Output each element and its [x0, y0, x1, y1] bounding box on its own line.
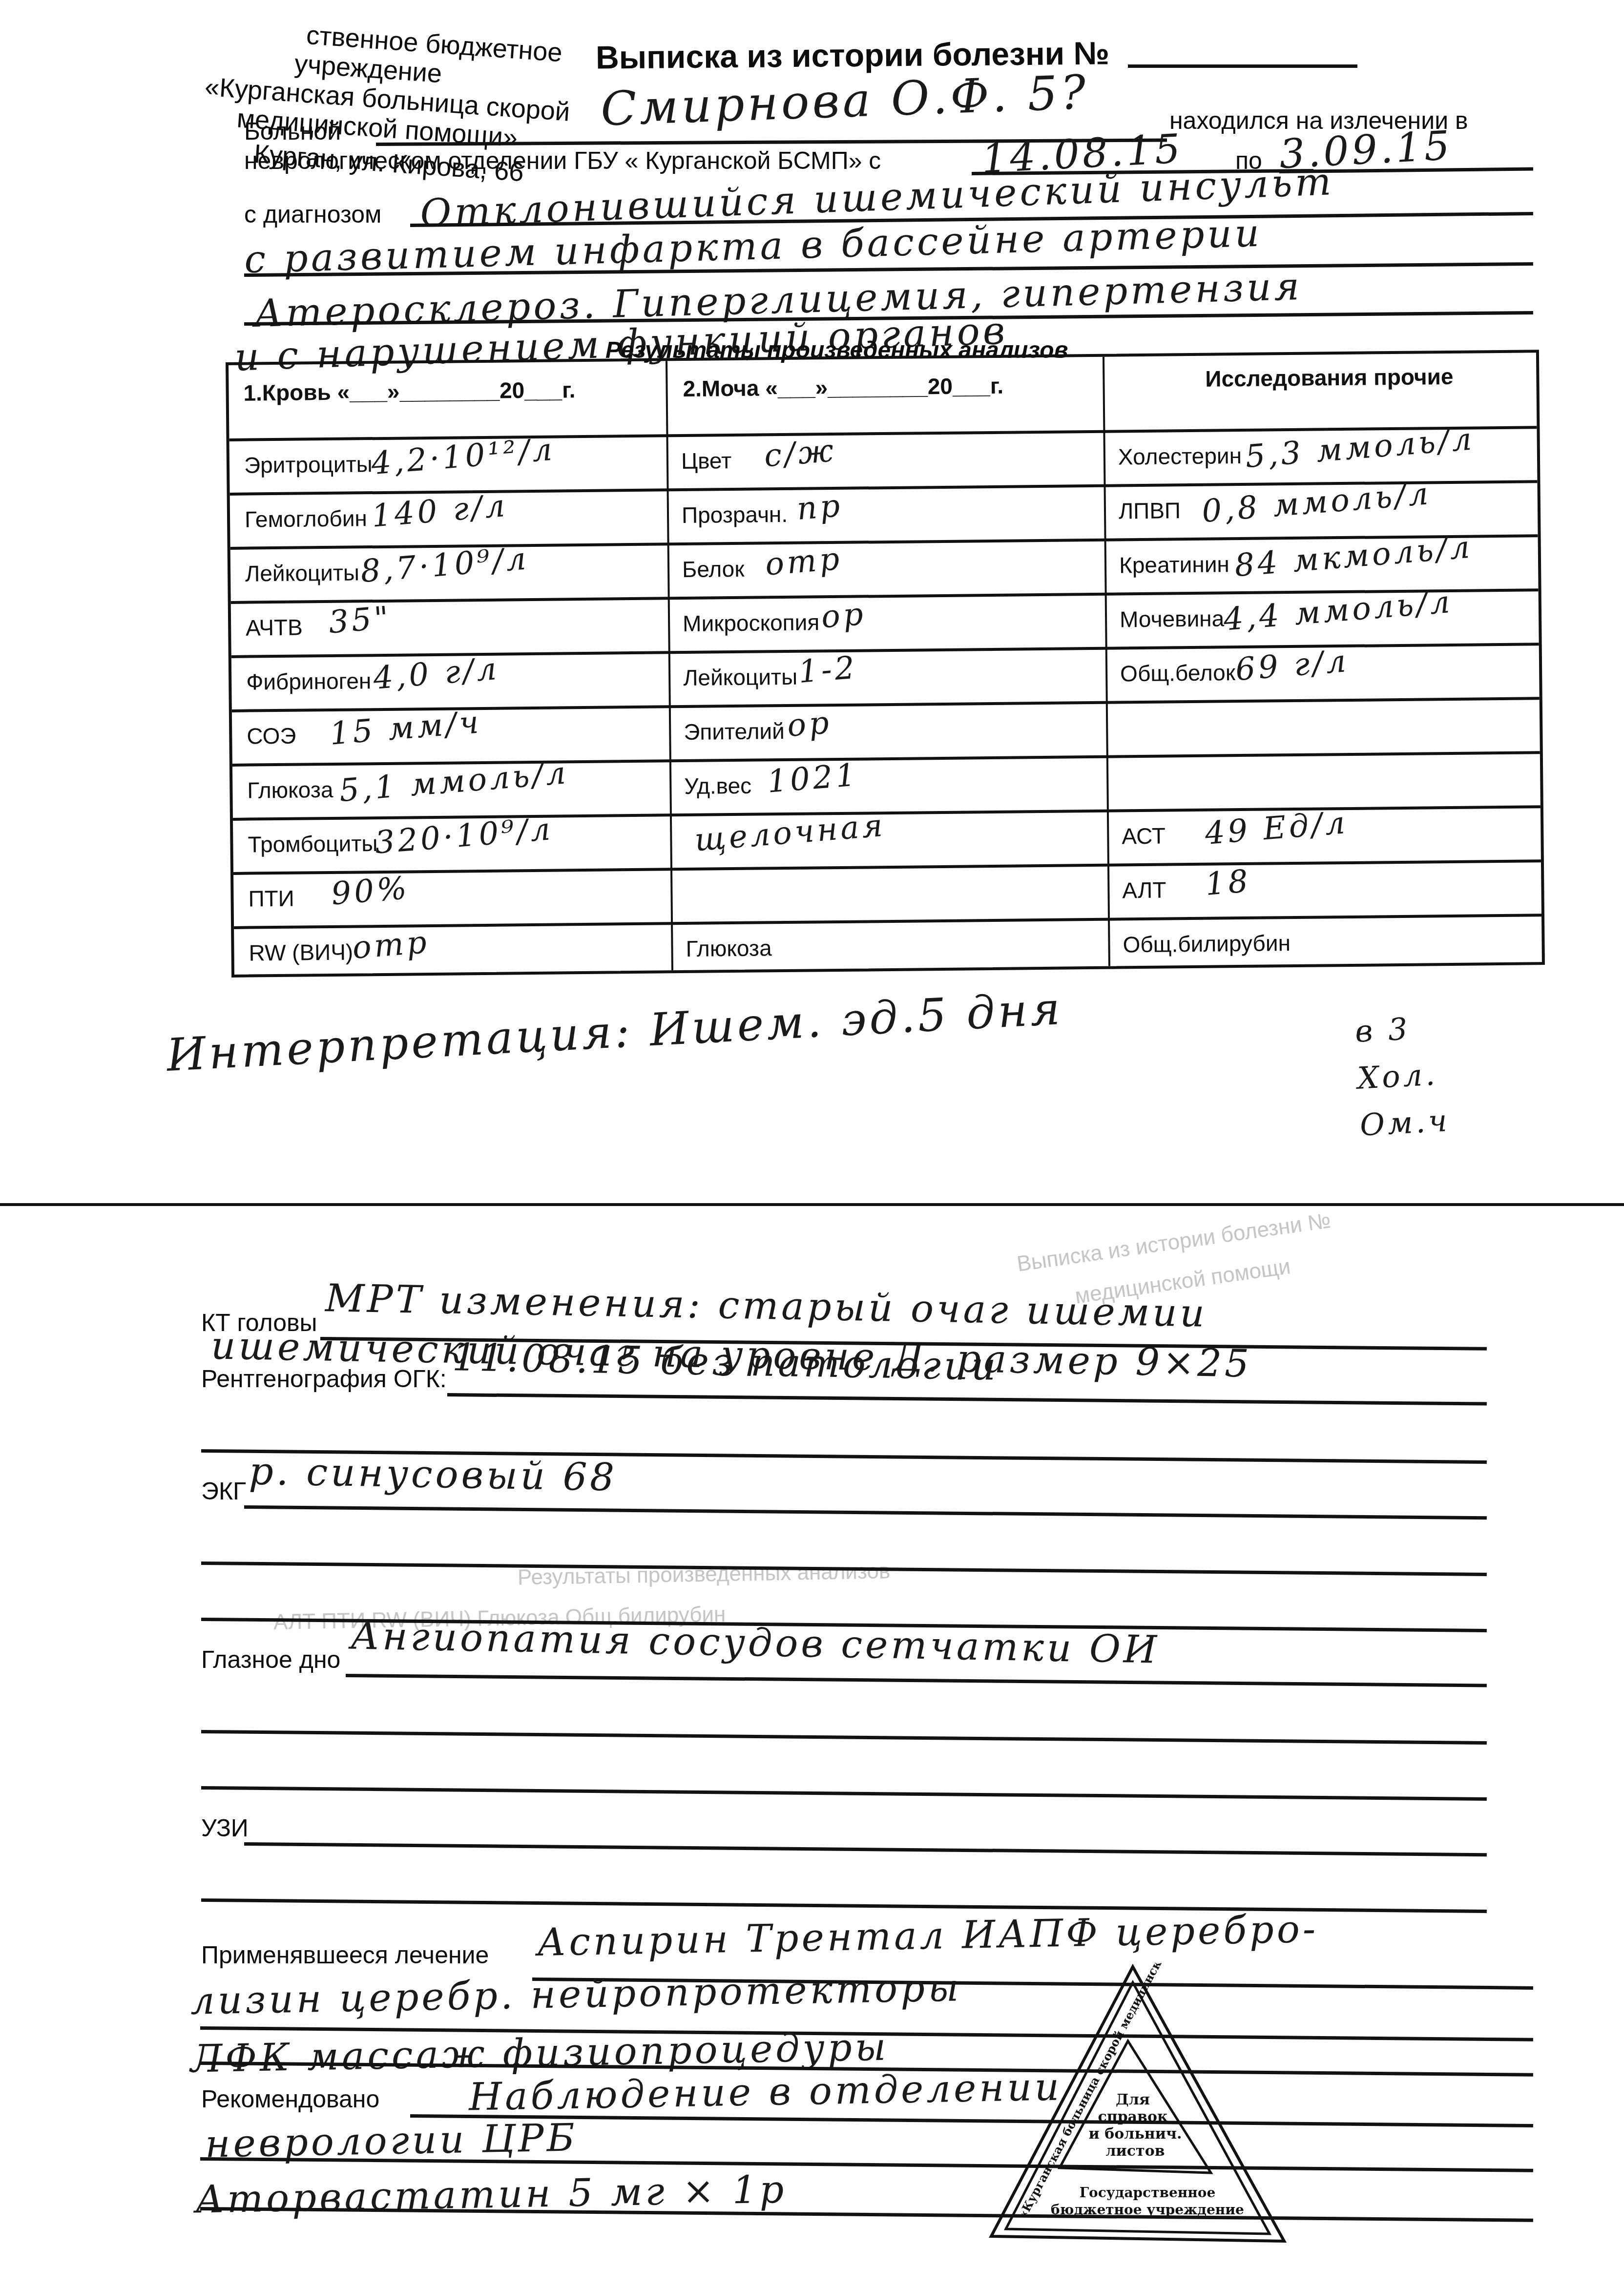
- study-underline: [201, 1786, 1487, 1801]
- record-number-field[interactable]: [1128, 64, 1357, 68]
- result-label: Уд.вес: [684, 772, 751, 799]
- study-label: Глазное дно: [201, 1645, 340, 1674]
- stamp-base-text: Государственное: [1080, 2185, 1216, 2201]
- result-label: Микроскопия: [683, 609, 820, 637]
- study-label: Рентгенография ОГК:: [201, 1365, 447, 1393]
- study-underline: [244, 1505, 1487, 1520]
- row-divider: [234, 914, 1541, 929]
- row-divider: [232, 751, 1540, 767]
- result-value[interactable]: 1-2: [797, 650, 859, 690]
- study-underline: [346, 1674, 1487, 1687]
- stamp-inner-text: Для: [1116, 2091, 1150, 2108]
- stamp-base-text: бюджетное учреждение: [1051, 2202, 1244, 2218]
- result-label: Холестерин: [1118, 442, 1242, 470]
- column-divider: [666, 361, 673, 970]
- section-separator: [0, 1203, 1624, 1206]
- study-value[interactable]: р. синусовый 68: [249, 1449, 617, 1499]
- treatment-label: Применявшееся лечение: [201, 1941, 489, 1969]
- department-text: неврологическом отделении ГБУ « Курганск…: [244, 146, 881, 175]
- result-value[interactable]: 69 г/л: [1234, 643, 1350, 688]
- result-label: Лейкоциты: [245, 559, 359, 586]
- result-value[interactable]: пр: [795, 488, 844, 527]
- result-value[interactable]: 49 Ед/л: [1204, 805, 1349, 852]
- table-side-note[interactable]: в 3 Хол. Ом.ч: [1354, 1003, 1451, 1148]
- treatment-line-2[interactable]: лизин церебр. нейропротекторы: [190, 1966, 962, 2023]
- stamp-inner-text: и больнич.: [1089, 2125, 1182, 2143]
- recommended-label: Рекомендовано: [201, 2085, 379, 2113]
- patient-label: Больной: [244, 117, 341, 146]
- result-label: Белок: [682, 556, 745, 583]
- result-value[interactable]: 1021: [766, 757, 860, 800]
- result-value[interactable]: 15 мм/ч: [329, 704, 483, 752]
- result-label: Лейкоциты: [683, 664, 797, 691]
- result-label: Общ.билирубин: [1123, 930, 1291, 958]
- study-value[interactable]: Ангиопатия сосудов сетчатки ОИ: [350, 1614, 1160, 1672]
- study-underline: [201, 1730, 1487, 1745]
- result-label: Прозрачн.: [682, 501, 788, 528]
- triangle-stamp: Для справок и больнич. листов Государств…: [986, 1963, 1289, 2246]
- table-note[interactable]: Интерпретация: Ишем. эд.5 дня: [165, 982, 1064, 1082]
- study-label: УЗИ: [201, 1814, 249, 1842]
- result-label: ЛПВП: [1119, 497, 1181, 524]
- result-value[interactable]: 140 г/л: [370, 488, 509, 535]
- patient-name[interactable]: Смирнова О.Ф. 5?: [600, 65, 1089, 137]
- result-value[interactable]: отр: [764, 541, 844, 583]
- result-label: Мочевина: [1120, 605, 1225, 632]
- stamp-inner-text: листов: [1105, 2143, 1165, 2160]
- result-value[interactable]: 90%: [330, 870, 411, 912]
- treatment-line-1[interactable]: Аспирин Трентал ИАПФ церебро-: [537, 1907, 1318, 1965]
- result-label: Цвет: [681, 447, 732, 474]
- result-value[interactable]: 35": [327, 600, 393, 641]
- recommended-underline-1: [410, 2114, 1533, 2127]
- result-value[interactable]: с/ж: [763, 433, 838, 475]
- other-studies-header: Исследования прочие: [1205, 363, 1454, 392]
- result-label: Тромбоциты: [248, 830, 377, 858]
- result-label: Эритроциты: [244, 451, 373, 479]
- result-label: Гемоглобин: [245, 505, 367, 532]
- urine-header: 2.Моча «___»________20___г.: [683, 373, 1003, 402]
- result-label: АЧТВ: [246, 614, 303, 641]
- result-label: АЛТ: [1122, 877, 1166, 904]
- result-label: Глюкоза: [686, 935, 772, 962]
- row-divider: [233, 859, 1541, 875]
- result-label: Эпителий: [684, 718, 785, 745]
- result-value[interactable]: 4,0 г/л: [372, 651, 501, 697]
- result-value[interactable]: ор: [786, 705, 833, 744]
- result-label: Фибриноген: [246, 667, 372, 695]
- result-label: СОЭ: [247, 723, 296, 749]
- result-label: АСТ: [1122, 823, 1166, 850]
- side-note-line: в 3: [1354, 1003, 1446, 1055]
- diagnosis-label: с диагнозом: [244, 200, 381, 229]
- blood-header: 1.Кровь «___»________20___г.: [243, 376, 575, 406]
- ghost-text: Результаты произведенных анализов: [518, 1559, 891, 1590]
- study-underline: [447, 1393, 1487, 1406]
- result-value[interactable]: 18: [1204, 863, 1252, 903]
- result-label: RW (ВИЧ): [249, 939, 353, 966]
- side-note-line: Ом.ч: [1359, 1097, 1451, 1149]
- recommended-underline-2: [200, 2157, 1533, 2172]
- study-label: ЭКГ: [201, 1477, 246, 1505]
- result-label: ПТИ: [248, 885, 294, 912]
- column-divider: [1103, 357, 1110, 966]
- result-value[interactable]: отр: [351, 924, 431, 966]
- study-underline: [244, 1842, 1487, 1856]
- stamp-inner-text: справок: [1098, 2108, 1167, 2125]
- study-value[interactable]: 11.08.15 без патологии: [452, 1335, 999, 1389]
- side-note-line: Хол.: [1356, 1050, 1449, 1102]
- result-label: Глюкоза: [247, 776, 333, 804]
- result-value[interactable]: ор: [820, 596, 867, 635]
- results-table: 1.Кровь «___»________20___г. 2.Моча «___…: [226, 350, 1545, 978]
- result-label: Креатинин: [1119, 551, 1229, 578]
- result-label: Общ.белок: [1120, 659, 1235, 687]
